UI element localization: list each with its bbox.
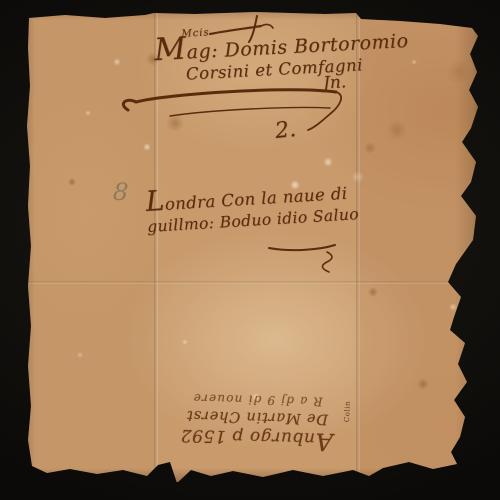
docket-line-1: Anburgo p 1592 [142,423,371,457]
photo-background: Mcis Mag: Domis Bortoromio Corsini et Co… [0,0,500,500]
docket-block: Anburgo p 1592 De Martin Cherst R a dj 9… [142,390,372,457]
address-superscript: Mcis [181,27,210,39]
horizontal-crease [25,281,485,284]
panel-shade-left [25,10,156,482]
destination-block: Londra Con la naue di guillmo: Boduo idi… [145,171,378,236]
pencil-mark: 8 [112,178,129,207]
address-paraph: 2. [274,117,297,144]
letter-paper: Mcis Mag: Domis Bortoromio Corsini et Co… [25,10,485,482]
fold-note-vertical: Colin [343,401,352,422]
address-block: Mcis Mag: Domis Bortoromio Corsini et Co… [153,20,394,102]
destination-underline-icon [265,238,355,278]
